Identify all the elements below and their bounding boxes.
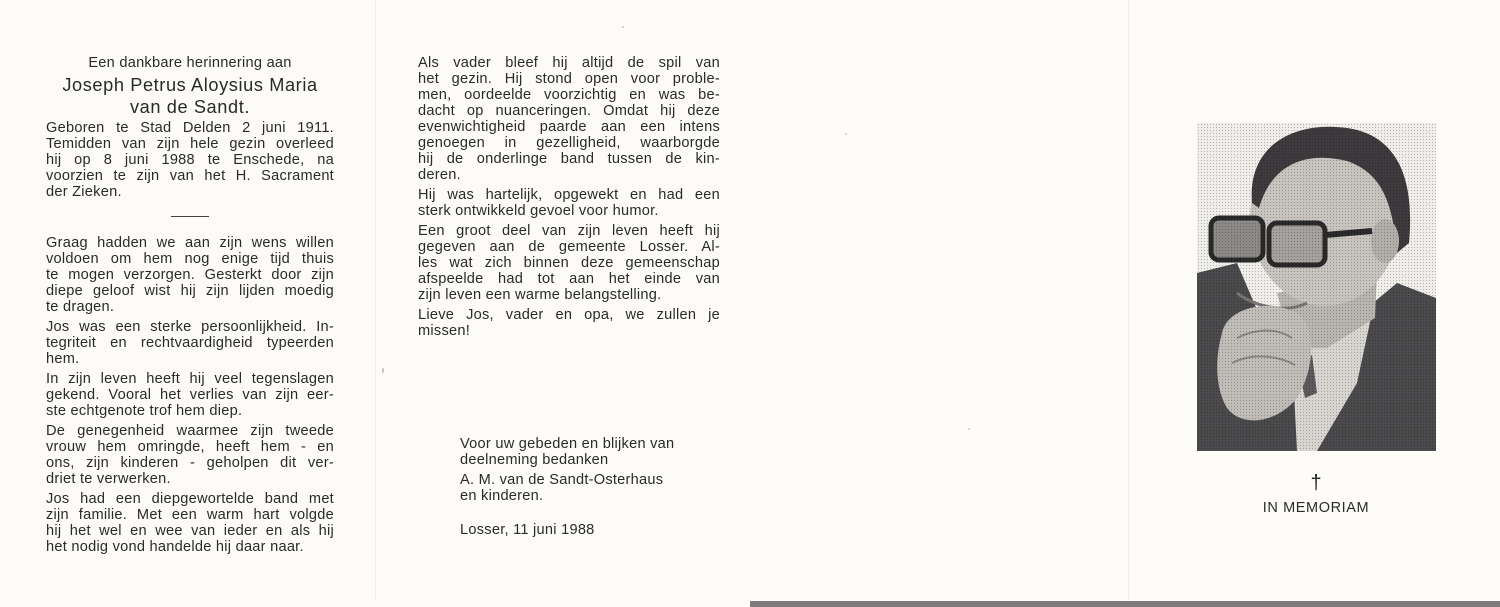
birth-death-paragraph: Geboren te Stad Delden 2 juni 1911.Temid… [46, 120, 334, 200]
text-paragraph: In zijn leven heeft hij veel tegenslagen… [46, 371, 334, 419]
left-text-column: Een dankbare herinnering aan Joseph Petr… [46, 55, 334, 559]
text-line: men, oordeelde voorzichtig en was be- [418, 87, 720, 103]
text-line: ons, zijn kinderen - geholpen dit ver- [46, 455, 334, 471]
text-line: De genegenheid waarmee zijn tweede [46, 423, 334, 439]
memoriam-label: IN MEMORIAM [1196, 500, 1436, 516]
text-line: te mogen verzorgen. Gesterkt door zijn [46, 267, 334, 283]
text-line: hij het wel en wee van ieder en als hij [46, 523, 334, 539]
memoriam-block: † IN MEMORIAM [1196, 472, 1436, 516]
fold-line-left [375, 0, 376, 600]
text-line: Geboren te Stad Delden 2 juni 1911. [46, 120, 334, 136]
text-line: deren. [418, 167, 720, 183]
text-line: Hij was hartelijk, opgewekt en had een [418, 187, 720, 203]
text-line: missen! [418, 323, 720, 339]
text-line: genoegen in gezelligheid, waarborgde [418, 135, 720, 151]
text-paragraph: Een groot deel van zijn leven heeft hijg… [418, 223, 720, 303]
text-line: ste echtgenote trof hem diep. [46, 403, 334, 419]
text-line: der Zieken. [46, 184, 334, 200]
cross-icon: † [1196, 472, 1436, 494]
place-date: Losser, 11 juni 1988 [460, 522, 722, 538]
thanks-line1: Voor uw gebeden en blijken van [460, 436, 722, 452]
text-line: te dragen. [46, 299, 334, 315]
text-line: zijn leven een warme belangstelling. [418, 287, 720, 303]
paper-speck [845, 133, 847, 135]
paper-speck [968, 428, 970, 430]
paper-speck [382, 368, 384, 373]
text-line: gekend. Vooral het verlies van zijn eer- [46, 387, 334, 403]
text-line: driet te verwerken. [46, 471, 334, 487]
text-line: tegriteit en rechtvaardigheid typeerden [46, 335, 334, 351]
signature-line2: en kinderen. [460, 488, 722, 504]
text-line: Jos was een sterke persoonlijkheid. In- [46, 319, 334, 335]
deceased-name-line1: Joseph Petrus Aloysius Maria [46, 74, 334, 96]
text-line: voldoen om hem nog enige tijd thuis [46, 251, 334, 267]
thanks-line2: deelneming bedanken [460, 452, 722, 468]
text-line: Een groot deel van zijn leven heeft hij [418, 223, 720, 239]
text-paragraph: Jos had een diepgewortelde band metzijn … [46, 491, 334, 555]
text-line: gegeven aan de gemeente Losser. Al- [418, 239, 720, 255]
signature-line1: A. M. van de Sandt-Osterhaus [460, 472, 722, 488]
text-paragraph: Als vader bleef hij altijd de spil vanhe… [418, 55, 720, 183]
text-line: Graag hadden we aan zijn wens willen [46, 235, 334, 251]
text-line: les wat zich binnen deze gemeenschap [418, 255, 720, 271]
text-line: sterk ontwikkeld gevoel voor humor. [418, 203, 720, 219]
thanks-block: Voor uw gebeden en blijken van deelnemin… [460, 436, 722, 538]
text-line: het nodig vond handelde hij daar naar. [46, 539, 334, 555]
paper-speck [622, 26, 624, 28]
text-line: hij op 8 juni 1988 te Enschede, na [46, 152, 334, 168]
text-line: afspeelde had tot aan het einde van [418, 271, 720, 287]
middle-text-column: Als vader bleef hij altijd de spil vanhe… [418, 55, 720, 343]
text-line: diepe geloof wist hij zijn lijden moedig [46, 283, 334, 299]
text-paragraph: De genegenheid waarmee zijn tweedevrouw … [46, 423, 334, 487]
text-paragraph: Jos was een sterke persoonlijkheid. In-t… [46, 319, 334, 367]
fold-line-right [1128, 0, 1129, 600]
text-paragraph: Hij was hartelijk, opgewekt en had eenst… [418, 187, 720, 219]
text-line: hij de onderlinge band tussen de kin- [418, 151, 720, 167]
text-line: hem. [46, 351, 334, 367]
text-line: Jos had een diepgewortelde band met [46, 491, 334, 507]
text-line: evenwichtigheid paarde aan een intens [418, 119, 720, 135]
portrait-photo [1197, 123, 1436, 451]
left-paragraphs: Graag hadden we aan zijn wens willenvold… [46, 235, 334, 555]
text-line: zijn familie. Met een warm hart volgde [46, 507, 334, 523]
text-line: Temidden van zijn hele gezin overleed [46, 136, 334, 152]
text-line: het gezin. Hij stond open voor proble- [418, 71, 720, 87]
text-line: Als vader bleef hij altijd de spil van [418, 55, 720, 71]
text-paragraph: Graag hadden we aan zijn wens willenvold… [46, 235, 334, 315]
deceased-name-line2: van de Sandt. [46, 96, 334, 118]
text-line: In zijn leven heeft hij veel tegenslagen [46, 371, 334, 387]
text-line: Lieve Jos, vader en opa, we zullen je [418, 307, 720, 323]
scan-bottom-edge [750, 601, 1500, 607]
text-line: voorzien te zijn van het H. Sacrament [46, 168, 334, 184]
divider-rule [171, 216, 209, 217]
text-paragraph: Lieve Jos, vader en opa, we zullen jemis… [418, 307, 720, 339]
text-line: dacht op nuanceringen. Omdat hij deze [418, 103, 720, 119]
middle-paragraphs: Als vader bleef hij altijd de spil vanhe… [418, 55, 720, 339]
portrait-illustration [1197, 123, 1436, 451]
text-line: vrouw hem omringde, heeft hem - en [46, 439, 334, 455]
intro-heading: Een dankbare herinnering aan [46, 55, 334, 71]
